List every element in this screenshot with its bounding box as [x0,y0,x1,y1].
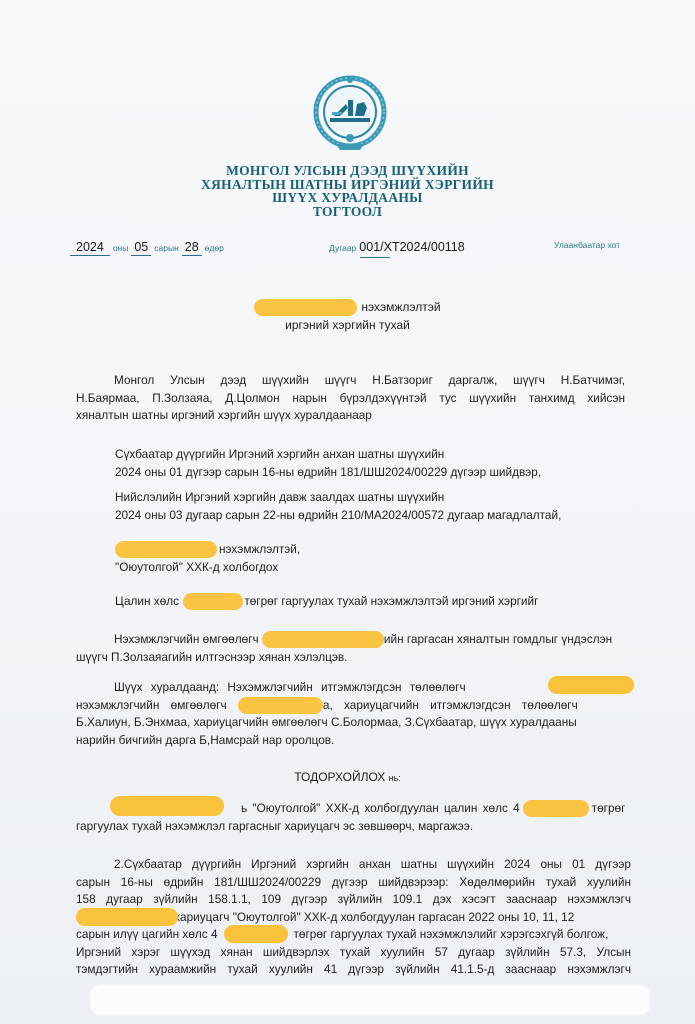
document-number-field: Дугаар001/ХТ2024/00118 [326,240,465,254]
review-line-2: шүүгч П.Золзаяагийн илтгэснээр хянан хэл… [76,649,625,667]
whiteout-redaction [90,985,650,1015]
intro-line-1: Монгол Улсын дээд шүүхийн шүүгч Н.Батзор… [76,372,625,390]
finding-2-line-7: тэмдэгтийн хураамжийн тухай хуулийн 41 д… [76,961,631,979]
appeal-line-1: Нийслэлийн Иргэний хэргийн давж заалдах … [115,489,561,507]
parties: нэхэмжлэлтэй, "Оюутолгой" ХХК-д холбогдо… [115,541,300,576]
finding-2-line-3: 158 дугаар зүйлийн 158.1.1, 109 дүгээр з… [76,891,631,909]
header-line-4: ТОГТООЛ [0,205,695,219]
intro-paragraph: Монгол Улсын дээд шүүхийн шүүгч Н.Батзор… [76,372,625,425]
attendance-paragraph: Шүүх хуралдаанд: Нэхэмжлэгчийн итгэмжлэг… [76,679,631,749]
redaction-mark [115,541,217,558]
redaction-mark [238,697,323,714]
appeal-ruling: Нийслэлийн Иргэний хэргийн давж заалдах … [115,489,561,524]
redaction-mark [262,631,384,648]
appeal-line-2: 2024 оны 03 дугаар сарын 22-ны өдрийн 21… [115,507,561,525]
finding-2-line-1: 2.Сүхбаатар дүүргийн Иргэний хэргийн анх… [76,856,631,874]
date-day-label: өдөр [205,243,224,253]
mongolia-emblem-icon [312,74,388,154]
case-subject: нэхэмжлэлтэй иргэний хэргийн тухай [0,298,695,334]
header-line-1: МОНГОЛ УЛСЫН ДЭЭД ШҮҮХИЙН [0,164,695,178]
date-year-label: оны [113,243,129,253]
number-label: Дугаар [329,243,356,253]
number-underline [360,257,390,258]
attendance-line-2: нэхэмжлэгчийн өмгөөлөгч а, хариуцагчийн … [76,697,631,715]
intro-line-2: Н.Баярмаа, П.Золзаяа, Д.Цолмон нарын бүр… [76,390,625,408]
redaction-mark [183,593,243,610]
redaction-mark [224,925,288,943]
parties-line-2: "Оюутолгой" ХХК-д холбогдох [115,559,300,577]
finding-2-line-5: сарын илүү цагийн хөлс 4төгрөг гаргуулах… [76,926,631,944]
finding-1-line-2: гаргуулах тухай нэхэмжлэл гаргасныг хари… [76,818,631,836]
city-label: Улаанбаатар хот [551,240,623,251]
header-line-2: ХЯНАЛТЫН ШАТНЫ ИРГЭНИЙ ХЭРГИЙН [0,178,695,192]
date-month-label: сарын [154,243,179,253]
document-number: 001/ХТ2024/00118 [359,240,464,254]
finding-2-line-6: Иргэний хэрэг шүүхэд хянан шийдвэрлэх ту… [76,944,631,962]
court-header-title: МОНГОЛ УЛСЫН ДЭЭД ШҮҮХИЙН ХЯНАЛТЫН ШАТНЫ… [0,164,695,218]
date-year: 2024 [70,240,110,256]
claim-line: Цалин хөлс төгрөг гаргуулах тухай нэхэмж… [115,593,538,611]
redaction-mark [523,800,589,817]
attendance-line-4: нарийн бичгийн дарга Б,Намсрай нар оролц… [76,732,631,750]
header-line-3: ШҮҮХ ХУРАЛДААНЫ [0,191,695,205]
finding-2-line-2: сарын 16-ны өдрийн 181/ШШ2024/00229 дүгэ… [76,874,631,892]
subject-line-2: иргэний хэргийн тухай [0,316,695,334]
date-field: 2024оны05сарын28өдөр [70,240,227,254]
findings-heading: ТОДОРХОЙЛОХ нь: [0,770,695,784]
redaction-mark [254,299,357,316]
redaction-mark [110,796,224,816]
attendance-line-3: Б.Халиун, Б.Энхмаа, хариуцагчийн өмгөөлө… [76,714,631,732]
redaction-mark [76,908,178,926]
intro-line-3: хяналтын шатны иргэний хэргийн шүүх хура… [76,407,625,425]
review-paragraph: Нэхэмжлэгчийн өмгөөлөгч ийн гаргасан хян… [76,631,625,666]
date-month: 05 [131,240,151,256]
parties-line-1: нэхэмжлэлтэй, [115,541,300,559]
first-instance-line-1: Сүхбаатар дүүргийн Иргэний хэргийн анхан… [115,446,541,464]
review-line-1: Нэхэмжлэгчийн өмгөөлөгч ийн гаргасан хян… [76,631,625,649]
date-day: 28 [182,240,202,256]
document-page: МОНГОЛ УЛСЫН ДЭЭД ШҮҮХИЙН ХЯНАЛТЫН ШАТНЫ… [0,0,695,1024]
first-instance-line-2: 2024 оны 01 дүгээр сарын 16-ны өдрийн 18… [115,464,541,482]
first-instance-decision: Сүхбаатар дүүргийн Иргэний хэргийн анхан… [115,446,541,481]
subject-line-1: нэхэмжлэлтэй [0,298,695,316]
redaction-mark [548,676,634,694]
